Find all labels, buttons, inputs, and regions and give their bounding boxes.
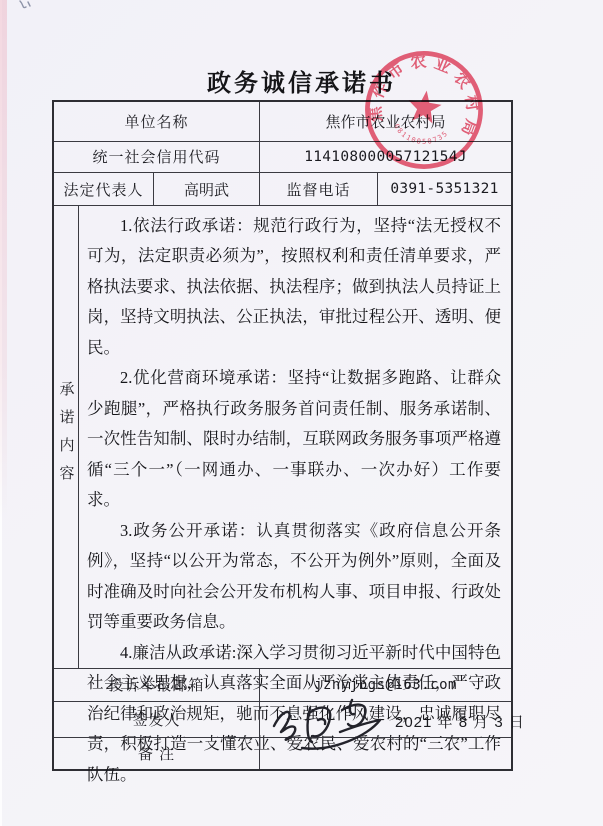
credit-code-value: 11410800005712154J: [260, 142, 511, 173]
issue-date: 2021 年 8 月 3 日: [395, 711, 525, 732]
credit-code-label: 统一社会信用代码: [54, 142, 260, 173]
phone-label: 监督电话: [260, 173, 378, 205]
legal-rep-value: 高明武: [154, 173, 260, 205]
row-legal-rep: 法定代表人 高明武 监督电话 0391-5351321: [54, 173, 511, 206]
page-title: 政务诚信承诺书: [0, 63, 603, 98]
row-credit-code: 统一社会信用代码 11410800005712154J: [54, 142, 511, 174]
commitment-paragraph-3: 3.政务公开承诺：认真贯彻落实《政府信息公开条例》，坚持“以公开为常态，不公开为…: [87, 516, 501, 638]
unit-name-label: 单位名称: [54, 102, 260, 141]
email-label: 投诉举报邮箱: [54, 669, 260, 701]
unit-name-value: 焦作市农业农村局: [260, 102, 511, 141]
stray-pen-mark: [15, 0, 37, 18]
phone-value: 0391-5351321: [378, 173, 511, 205]
commitment-paragraph-1: 1.依法行政承诺：规范行政行为，坚持“法无授权不可为，法定职责必须为”，按照权利…: [87, 211, 501, 364]
commitment-label-cell: 承诺内容: [54, 206, 79, 668]
issuer-label: 签发人: [54, 702, 260, 738]
row-commitments: 承诺内容 1.依法行政承诺：规范行政行为，坚持“法无授权不可为，法定职责必须为”…: [54, 206, 511, 669]
scanned-page: 政务诚信承诺书 单位名称 焦作市农业农村局 统一社会信用代码 114108000…: [0, 0, 603, 826]
row-unit-name: 单位名称 焦作市农业农村局: [54, 102, 511, 142]
legal-rep-label: 法定代表人: [54, 173, 154, 205]
commitment-content: 1.依法行政承诺：规范行政行为，坚持“法无授权不可为，法定职责必须为”，按照权利…: [79, 206, 511, 668]
commitment-table: 单位名称 焦作市农业农村局 统一社会信用代码 11410800005712154…: [52, 100, 513, 771]
scan-edge-highlight: [0, 0, 2, 826]
commitment-paragraph-2: 2.优化营商环境承诺：坚持“让数据多跑路、让群众少跑腿”，严格执行政务服务首问责…: [87, 363, 501, 516]
issuer-value-cell: 2021 年 8 月 3 日: [260, 702, 511, 738]
row-issuer: 签发人 2021 年 8 月 3 日: [54, 702, 511, 739]
handwritten-signature: [268, 696, 398, 758]
remarks-label: 备 注: [54, 738, 260, 769]
commitment-label: 承诺内容: [54, 381, 79, 493]
